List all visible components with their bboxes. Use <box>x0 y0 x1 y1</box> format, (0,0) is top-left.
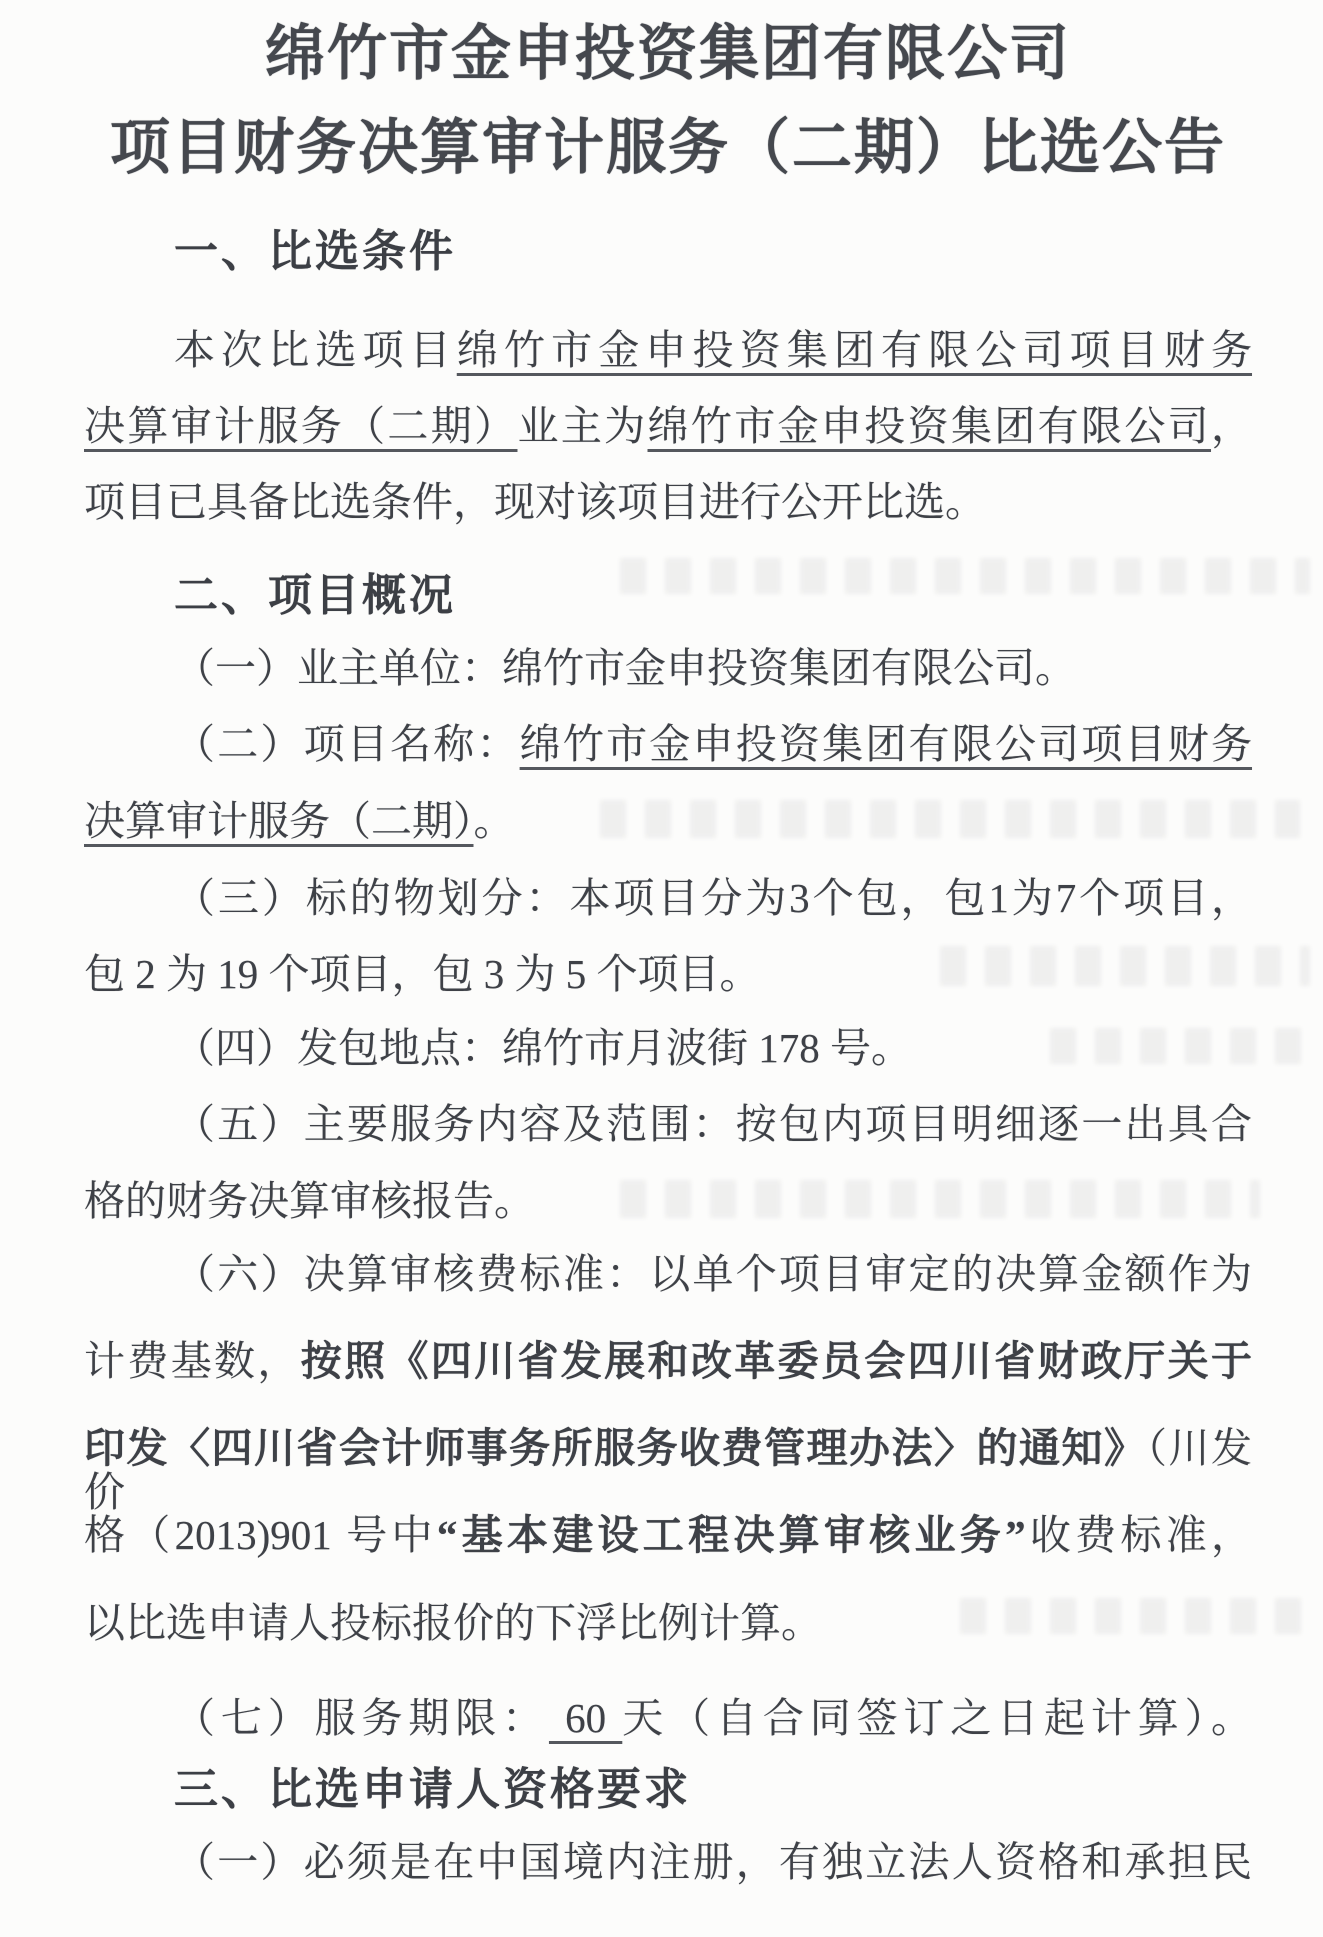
section2-heading: 二、项目概况 <box>84 572 1252 620</box>
section1-para-line2: 决算审计服务（二期）业主为绵竹市金申投资集团有限公司， <box>84 404 1252 448</box>
underlined-project-name: 决算审计服务（二期） <box>84 798 474 844</box>
underlined-project-name: 绵竹市金申投资集团有限公司项目财务 <box>457 327 1252 373</box>
para-text: 收费标准， <box>1026 1512 1252 1558</box>
section2-item7: （七）服务期限： 60 天（自合同签订之日起计算）。 <box>84 1696 1252 1740</box>
section2-item6-line1: （六）决算审核费标准：以单个项目审定的决算金额作为 <box>84 1252 1252 1296</box>
section3-item1: （一）必须是在中国境内注册，有独立法人资格和承担民 <box>84 1840 1252 1884</box>
section2-item4: （四）发包地点：绵竹市月波街 178 号。 <box>84 1026 1252 1070</box>
underlined-project-name: 绵竹市金申投资集团有限公司项目财务 <box>520 721 1252 767</box>
para-text: 。 <box>474 798 515 844</box>
section2-item3-line2: 包 2 为 19 个项目，包 3 为 5 个项目。 <box>84 952 1252 996</box>
section2-item1: （一）业主单位：绵竹市金申投资集团有限公司。 <box>84 646 1252 690</box>
section1-para-line1: 本次比选项目绵竹市金申投资集团有限公司项目财务 <box>84 328 1252 372</box>
bold-quoted-term: “基本建设工程决算审核业务” <box>437 1512 1026 1558</box>
section2-item3-line1: （三）标的物划分：本项目分为3个包，包1为7个项目， <box>84 876 1252 920</box>
underlined-owner-name: 绵竹市金申投资集团有限公司 <box>648 403 1212 449</box>
section2-item6-line5: 以比选申请人投标报价的下浮比例计算。 <box>84 1601 1252 1645</box>
doc-title-line1: 绵竹市金申投资集团有限公司 <box>84 22 1252 87</box>
section2-item6-line3: 印发〈四川省会计师事务所服务收费管理办法〉的通知》（川发价 <box>84 1426 1252 1515</box>
para-text: （七）服务期限： <box>174 1695 549 1741</box>
para-text: 格（2013)901 号中 <box>84 1512 437 1558</box>
scanned-document-page: 绵竹市金申投资集团有限公司 项目财务决算审计服务（二期）比选公告 一、比选条件 … <box>0 0 1323 1937</box>
section1-heading: 一、比选条件 <box>84 228 1252 276</box>
para-text: 本次比选项目 <box>174 327 457 373</box>
bold-regulation-title: 按照《四川省发展和改革委员会四川省财政厅关于 <box>301 1338 1252 1384</box>
underlined-project-name: 决算审计服务（二期） <box>84 403 517 449</box>
section2-item5-line1: （五）主要服务内容及范围：按包内项目明细逐一出具合 <box>84 1102 1252 1146</box>
para-text: 计费基数， <box>84 1338 301 1384</box>
underlined-duration-value: 60 <box>549 1695 622 1741</box>
para-text: 业主为 <box>517 403 647 449</box>
doc-title-line2: 项目财务决算审计服务（二期）比选公告 <box>84 116 1252 181</box>
section1-para-line3: 项目已具备比选条件，现对该项目进行公开比选。 <box>84 480 1252 524</box>
section3-heading: 三、比选申请人资格要求 <box>84 1766 1252 1814</box>
section2-item2-line1: （二）项目名称：绵竹市金申投资集团有限公司项目财务 <box>84 722 1252 766</box>
section2-item2-line2: 决算审计服务（二期）。 <box>84 799 1252 843</box>
section2-item6-line2: 计费基数，按照《四川省发展和改革委员会四川省财政厅关于 <box>84 1339 1252 1383</box>
bold-regulation-title: 印发〈四川省会计师事务所服务收费管理办法〉的通知》 <box>84 1425 1147 1471</box>
section2-item5-line2: 格的财务决算审核报告。 <box>84 1179 1252 1223</box>
para-text: 天（自合同签订之日起计算）。 <box>622 1695 1252 1741</box>
para-text: （二）项目名称： <box>174 721 520 767</box>
section2-item6-line4: 格（2013)901 号中“基本建设工程决算审核业务”收费标准， <box>84 1513 1252 1557</box>
para-text: ， <box>1211 403 1252 449</box>
